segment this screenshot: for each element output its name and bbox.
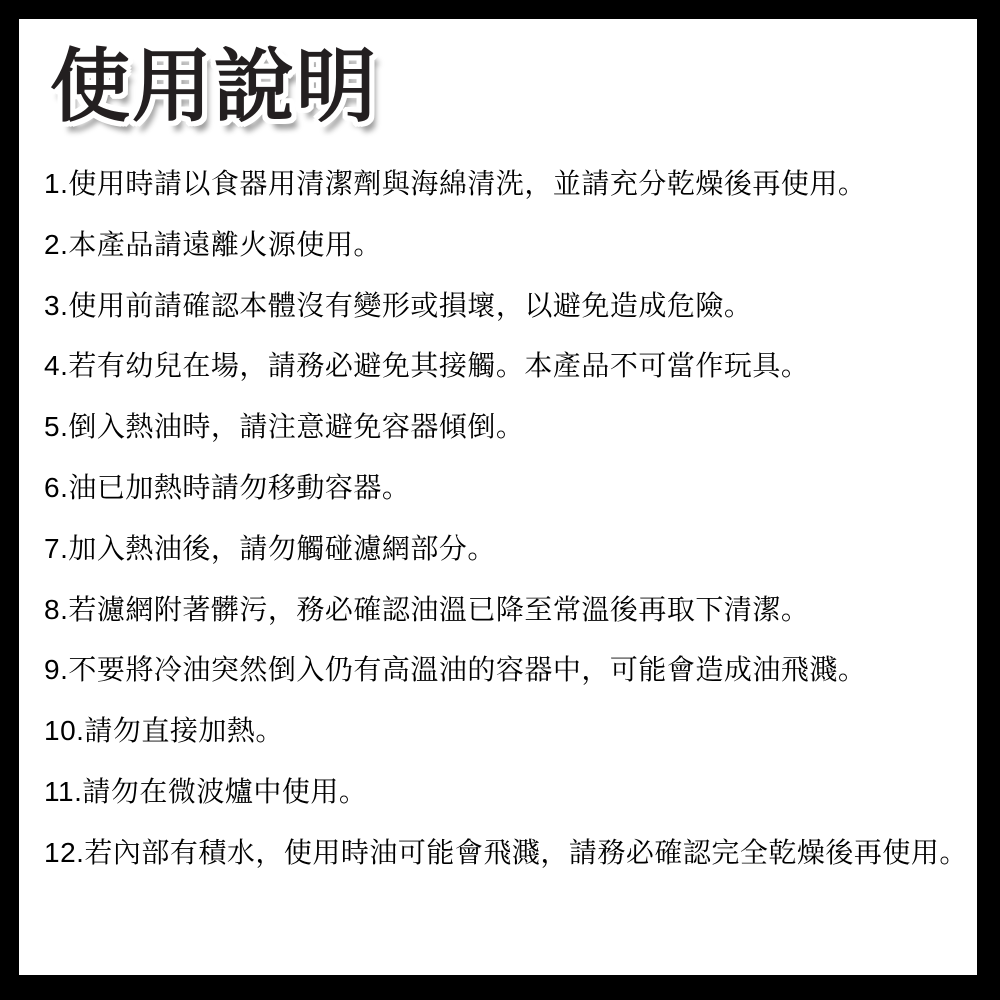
instruction-item-3: 3.使用前請確認本體沒有變形或損壞，以避免造成危險。 [44, 287, 957, 325]
instruction-item-10: 10.請勿直接加熱。 [44, 712, 957, 750]
instruction-item-4: 4.若有幼兒在場，請務必避免其接觸。本產品不可當作玩具。 [44, 347, 957, 385]
content-area: 使用說明 1.使用時請以食器用清潔劑與海綿清洗，並請充分乾燥後再使用。 2.本產… [19, 19, 977, 872]
instruction-item-6: 6.油已加熱時請勿移動容器。 [44, 469, 957, 507]
instruction-item-9: 9.不要將冷油突然倒入仍有高溫油的容器中，可能會造成油飛濺。 [44, 651, 957, 689]
instruction-item-11: 11.請勿在微波爐中使用。 [44, 773, 957, 811]
instruction-item-7: 7.加入熱油後，請勿觸碰濾網部分。 [44, 530, 957, 568]
instruction-sheet: 使用說明 1.使用時請以食器用清潔劑與海綿清洗，並請充分乾燥後再使用。 2.本產… [0, 0, 1000, 1000]
instruction-item-12: 12.若內部有積水，使用時油可能會飛濺，請務必確認完全乾燥後再使用。 [44, 834, 957, 872]
instruction-item-5: 5.倒入熱油時，請注意避免容器傾倒。 [44, 408, 957, 446]
instruction-list: 1.使用時請以食器用清潔劑與海綿清洗，並請充分乾燥後再使用。 2.本產品請遠離火… [44, 165, 957, 872]
page-title: 使用說明 [50, 47, 378, 127]
instruction-item-2: 2.本產品請遠離火源使用。 [44, 226, 957, 264]
instruction-item-8: 8.若濾網附著髒污，務必確認油溫已降至常溫後再取下清潔。 [44, 591, 957, 629]
instruction-item-1: 1.使用時請以食器用清潔劑與海綿清洗，並請充分乾燥後再使用。 [44, 165, 957, 203]
